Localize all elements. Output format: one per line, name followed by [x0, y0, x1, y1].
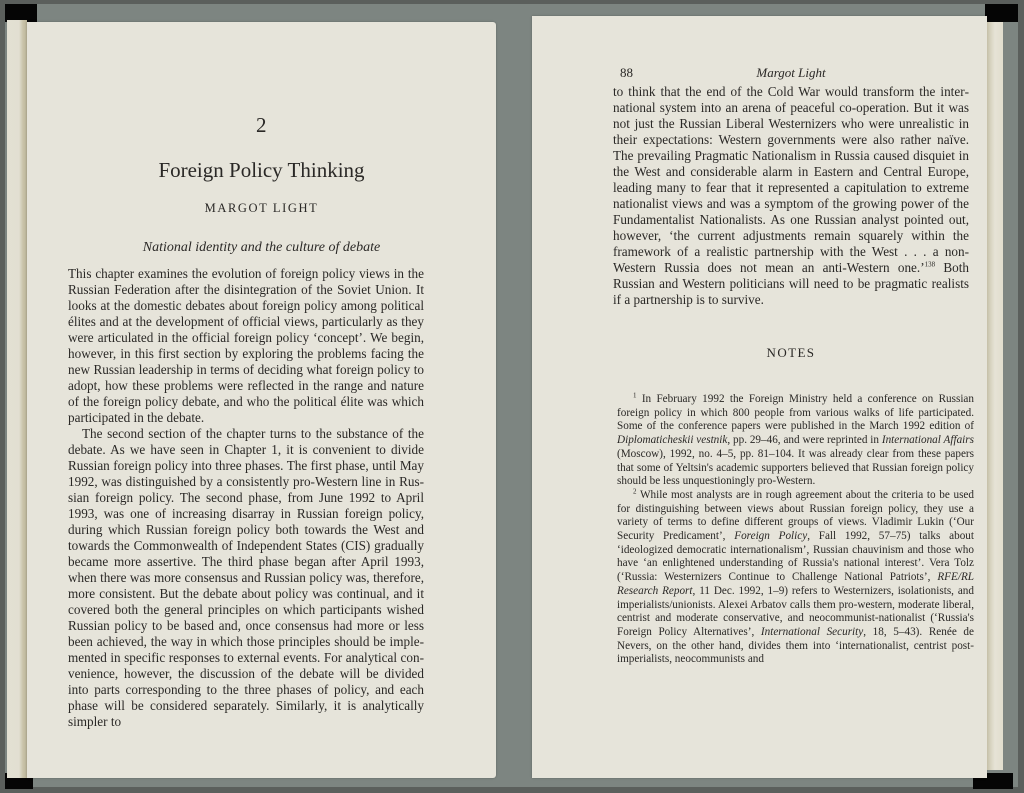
- note-text: (Moscow), 1992, no. 4–5, pp. 81–104. It …: [617, 448, 974, 487]
- note-item: 1 In February 1992 the Foreign Ministry …: [617, 393, 974, 489]
- right-body-text: to think that the end of the Cold War wo…: [613, 84, 969, 308]
- chapter-title: Foreign Policy Thinking: [27, 158, 496, 183]
- running-title: Margot Light: [613, 65, 969, 81]
- left-page-edge: [7, 20, 27, 778]
- paragraph: to think that the end of the Cold War wo…: [613, 84, 969, 308]
- note-citation-title: Inter­national Security: [761, 626, 863, 638]
- notes-list: 1 In February 1992 the Foreign Ministry …: [617, 393, 974, 667]
- note-text: , pp. 29–46, and were reprinted in: [727, 434, 881, 446]
- note-citation-title: Diplomaticheskii vestnik: [617, 434, 727, 446]
- note-item: 2 While most analysts are in rough agree…: [617, 489, 974, 667]
- right-page-edge: [987, 22, 1003, 770]
- note-citation-title: International Affairs: [882, 434, 974, 446]
- paragraph: This chapter examines the evolution of f…: [68, 266, 424, 426]
- left-body-text: This chapter examines the evolution of f…: [68, 266, 424, 730]
- paragraph: The second section of the chapter turns …: [68, 426, 424, 730]
- corner-marker-top-right: [985, 4, 1018, 22]
- chapter-number: 2: [27, 113, 496, 138]
- chapter-author: MARGOT LIGHT: [27, 201, 496, 216]
- note-citation-title: Foreign Policy: [734, 530, 807, 542]
- note-text: In February 1992 the Foreign Ministry he…: [617, 393, 974, 432]
- section-heading: National identity and the culture of deb…: [27, 240, 496, 256]
- notes-heading: NOTES: [613, 345, 969, 361]
- paragraph-text: to think that the end of the Cold War wo…: [613, 84, 969, 275]
- footnote-reference[interactable]: 138: [925, 261, 936, 269]
